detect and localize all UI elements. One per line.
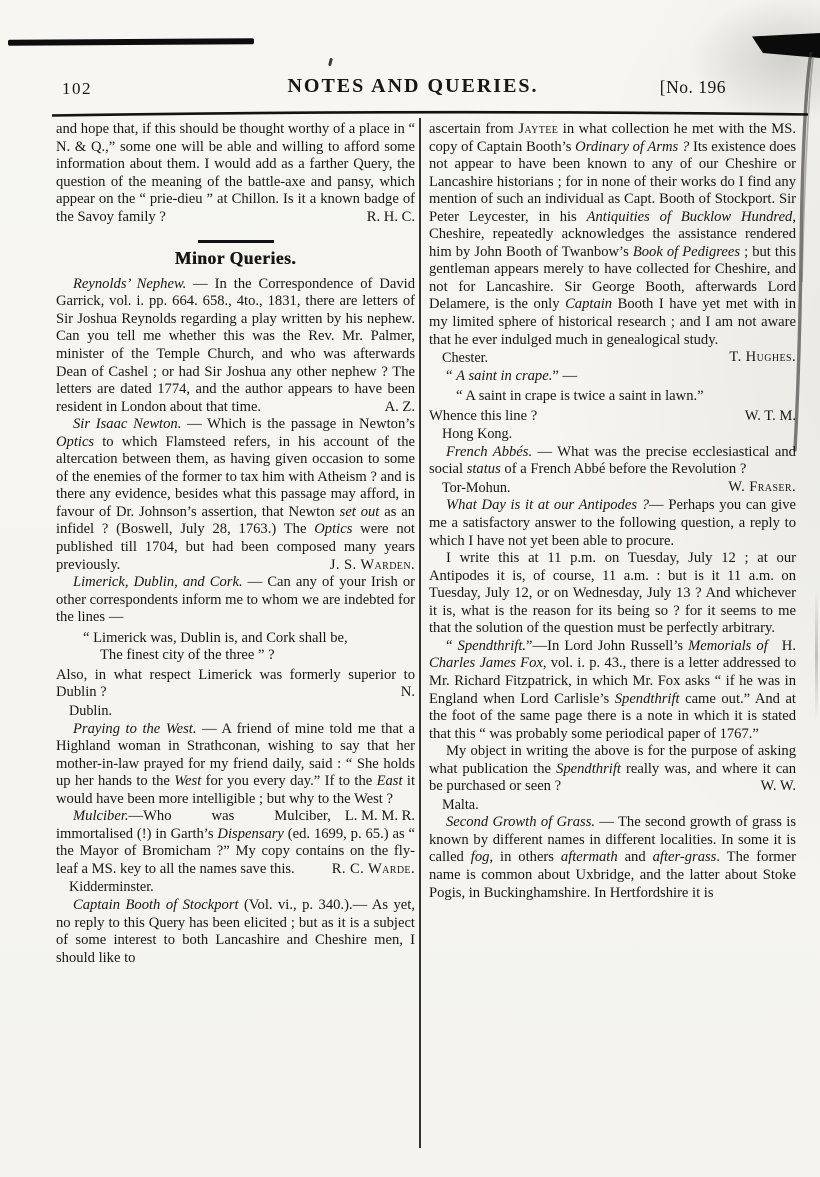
text-run: ascertain from <box>429 121 518 137</box>
query-paragraph: Captain Booth of Stockport (Vol. vi., p.… <box>56 897 415 967</box>
correspondent-signature: R. H. C. <box>353 209 415 227</box>
header-rule <box>52 109 808 118</box>
correspondent-signature: N. <box>387 684 415 702</box>
text-run: “ <box>446 638 458 654</box>
query-paragraph: My object in writing the above is for th… <box>429 743 796 796</box>
text-run: , in others <box>489 849 560 865</box>
text-run: Spendthrift <box>556 761 621 777</box>
query-paragraph: ascertain from Jaytee in what collection… <box>429 121 796 349</box>
correspondent-signature: R. C. Warde. <box>318 861 415 879</box>
text-run: Mulciber. <box>73 808 129 824</box>
correspondent-signature: W. W. <box>746 778 796 796</box>
correspondent-location: Hong Kong. <box>429 426 796 444</box>
text-run: Sir Isaac Newton. <box>73 416 181 432</box>
text-run: Optics <box>314 521 352 537</box>
query-paragraph: Reynolds’ Nephew. — In the Correspondenc… <box>56 276 415 416</box>
correspondent-signature: W. Fraser. <box>714 479 796 497</box>
text-run: Book of Pedigrees <box>633 244 740 260</box>
text-run: A saint in crape. <box>456 368 552 384</box>
query-paragraph: I write this at 11 p.m. on Tuesday, July… <box>429 550 796 638</box>
query-paragraph: and hope that, if this should be thought… <box>56 121 415 226</box>
correspondent-signature: W. T. M. <box>731 408 796 426</box>
right-column: ascertain from Jaytee in what collection… <box>429 121 796 1153</box>
scan-artifact-top-bar <box>8 38 254 46</box>
text-run: of a French Abbé before the Revolution ? <box>501 461 747 477</box>
text-run: What Day is it at our Antipodes ? <box>446 497 649 513</box>
column-divider-rule <box>419 118 421 1148</box>
query-paragraph: Limerick, Dublin, and Cork. — Can any of… <box>56 574 415 627</box>
text-run: Reynolds’ Nephew. <box>73 276 186 292</box>
text-run: after-grass <box>653 849 717 865</box>
text-run: French Abbés. <box>446 444 532 460</box>
text-run: — Which is the passage in Newton’s <box>181 416 415 432</box>
text-run: set out <box>340 504 380 520</box>
query-paragraph: Sir Isaac Newton. — Which is the passage… <box>56 416 415 574</box>
text-run: Whence this line ? <box>429 408 537 424</box>
text-run: “ <box>446 368 456 384</box>
text-run: Dispensary <box>217 826 283 842</box>
scan-artifact-speck <box>328 58 333 66</box>
scanned-periodical-page: 102 NOTES AND QUERIES. [No. 196 and hope… <box>0 0 820 1177</box>
query-paragraph: Whence this line ?W. T. M. <box>429 408 796 426</box>
verse-line: “ A saint in crape is twice a saint in l… <box>456 388 796 406</box>
text-run: aftermath <box>561 849 618 865</box>
quoted-verse: “ Limerick was, Dublin is, and Cork shal… <box>56 630 415 665</box>
text-run: Second Growth of Grass. <box>446 814 595 830</box>
text-run: and <box>618 849 653 865</box>
text-run: Praying to the West. <box>73 721 197 737</box>
query-paragraph: What Day is it at our Antipodes ?— Perha… <box>429 497 796 550</box>
text-run: I write this at 11 p.m. on Tuesday, July… <box>429 550 796 636</box>
query-paragraph: “ Spendthrift.”—In Lord John Russell’s M… <box>429 638 796 743</box>
correspondent-signature: J. S. Warden. <box>316 557 415 575</box>
correspondent-signature: T. Hughes. <box>715 349 796 367</box>
text-run: Antiquities of Bucklow Hundred <box>587 209 793 225</box>
text-run: Captain Booth of Stockport <box>73 897 239 913</box>
correspondent-location: Dublin. <box>56 703 415 721</box>
scan-artifact-edge-streak-lower <box>815 590 818 720</box>
verse-line: “ Limerick was, Dublin is, and Cork shal… <box>83 630 415 648</box>
correspondent-signature: L. M. M. R. <box>331 808 415 826</box>
text-run: West <box>174 773 201 789</box>
correspondent-location: Kidderminster. <box>56 879 415 897</box>
text-run: — In the Correspondence of David Garrick… <box>56 276 415 415</box>
section-heading: Minor Queries. <box>56 250 415 268</box>
issue-number: [No. 196 <box>660 77 726 98</box>
query-paragraph: Also, in what respect Limerick was forme… <box>56 667 415 702</box>
text-run: ” — <box>552 368 577 384</box>
small-caps-name: Jaytee <box>518 121 558 137</box>
correspondent-signature: H. <box>768 638 796 656</box>
correspondent-location: Malta. <box>429 797 796 815</box>
text-run: East <box>377 773 403 789</box>
query-paragraph: French Abbés. — What was the precise ecc… <box>429 444 796 479</box>
text-run: Also, in what respect Limerick was forme… <box>56 667 415 701</box>
text-run: Spendthrift. <box>458 638 527 654</box>
correspondent-signature: A. Z. <box>371 399 415 417</box>
text-run: fog <box>471 849 490 865</box>
quoted-verse: “ A saint in crape is twice a saint in l… <box>429 388 796 406</box>
query-paragraph: Praying to the West. — A friend of mine … <box>56 721 415 809</box>
text-run: Limerick, Dublin, and Cork. <box>73 574 243 590</box>
query-paragraph: “ A saint in crape.” — <box>429 368 796 386</box>
text-run: Optics <box>56 434 94 450</box>
text-run: status <box>467 461 501 477</box>
verse-line: The finest city of the three ” ? <box>83 647 415 665</box>
page-header: 102 NOTES AND QUERIES. [No. 196 <box>56 74 770 108</box>
text-run: Spendthrift <box>615 691 680 707</box>
section-divider-rule <box>198 240 274 243</box>
text-run: Captain <box>565 296 612 312</box>
text-run: for you every day.” If to the <box>201 773 376 789</box>
query-paragraph: Second Growth of Grass. — The second gro… <box>429 814 796 902</box>
left-column: and hope that, if this should be thought… <box>56 121 415 1133</box>
text-run: Ordinary of Arms ? <box>575 139 689 155</box>
text-run: ”—In Lord John Russell’s <box>526 638 688 654</box>
